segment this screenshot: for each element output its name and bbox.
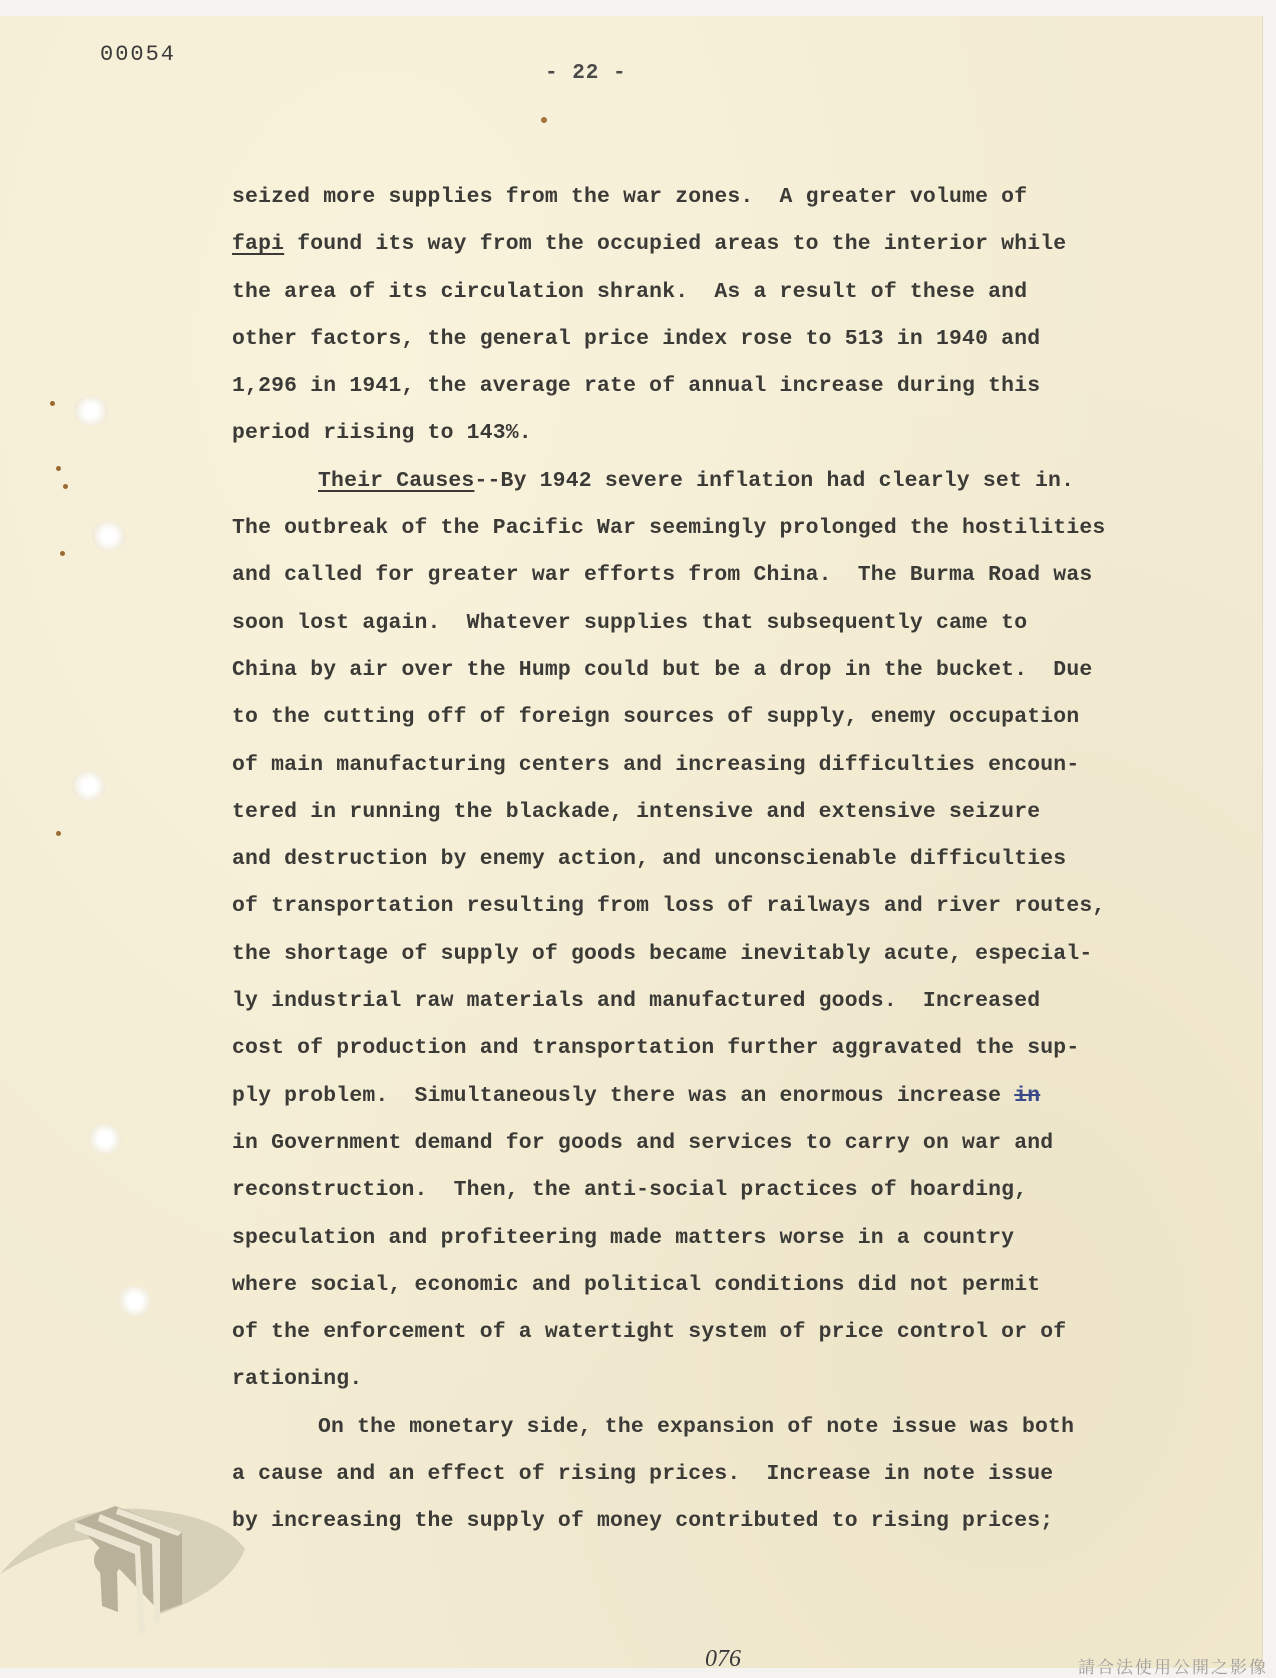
archive-logo-icon: [0, 1494, 250, 1644]
text-line-main: ply problem. Simultaneously there was an…: [232, 1084, 1014, 1108]
text-line: fapi found its way from the occupied are…: [232, 221, 1242, 268]
punch-hole: [74, 396, 108, 426]
text-line: period riising to 143%.: [232, 410, 1242, 457]
text-line: a cause and an effect of rising prices. …: [232, 1451, 1242, 1498]
text-line: tered in running the blackade, intensive…: [232, 789, 1242, 836]
text-line: China by air over the Hump could but be …: [232, 647, 1242, 694]
text-line: of the enforcement of a watertight syste…: [232, 1309, 1242, 1356]
text-line: ply problem. Simultaneously there was an…: [232, 1073, 1242, 1120]
text-line: where social, economic and political con…: [232, 1262, 1242, 1309]
text-line: soon lost again. Whatever supplies that …: [232, 600, 1242, 647]
rust-mark: [56, 466, 61, 471]
punch-hole: [88, 1124, 122, 1154]
text-line: and destruction by enemy action, and unc…: [232, 836, 1242, 883]
handwritten-folio-number: 076: [705, 1646, 741, 1673]
text-line: and called for greater war efforts from …: [232, 552, 1242, 599]
rust-mark: [56, 831, 61, 836]
rust-mark: [63, 484, 68, 489]
text-line: ly industrial raw materials and manufact…: [232, 978, 1242, 1025]
text-line: reconstruction. Then, the anti-social pr…: [232, 1167, 1242, 1214]
text-line: of transportation resulting from loss of…: [232, 883, 1242, 930]
section-heading: Their Causes: [318, 469, 474, 493]
text-line: The outbreak of the Pacific War seemingl…: [232, 505, 1242, 552]
text-line: other factors, the general price index r…: [232, 316, 1242, 363]
text-line: speculation and profiteering made matter…: [232, 1215, 1242, 1262]
text-line: cost of production and transportation fu…: [232, 1025, 1242, 1072]
text-line: seized more supplies from the war zones.…: [232, 174, 1242, 221]
page-number: - 22 -: [545, 62, 627, 85]
underlined-term: fapi: [232, 232, 284, 256]
struck-word: in: [1014, 1084, 1040, 1108]
text-line-rest: found its way from the occupied areas to…: [284, 232, 1066, 256]
punch-hole: [92, 521, 126, 551]
text-line-rest: --By 1942 severe inflation had clearly s…: [474, 469, 1074, 493]
usage-watermark: 請合法使用公開之影像: [1078, 1653, 1268, 1678]
text-line: Their Causes--By 1942 severe inflation h…: [232, 458, 1242, 505]
text-line: On the monetary side, the expansion of n…: [232, 1404, 1242, 1451]
text-line: of main manufacturing centers and increa…: [232, 742, 1242, 789]
rust-mark: [60, 551, 65, 556]
text-line: the shortage of supply of goods became i…: [232, 931, 1242, 978]
ink-stain: [541, 117, 547, 123]
text-line: to the cutting off of foreign sources of…: [232, 694, 1242, 741]
punch-hole: [72, 771, 106, 801]
text-line: in Government demand for goods and servi…: [232, 1120, 1242, 1167]
text-line: 1,296 in 1941, the average rate of annua…: [232, 363, 1242, 410]
typed-body-text: seized more supplies from the war zones.…: [232, 174, 1242, 1546]
archive-serial-number: 00054: [100, 42, 176, 67]
rust-mark: [50, 401, 55, 406]
document-page: 00054 - 22 - seized more supplies from t…: [0, 16, 1262, 1668]
text-line: by increasing the supply of money contri…: [232, 1498, 1242, 1545]
punch-hole: [118, 1286, 152, 1316]
text-line: the area of its circulation shrank. As a…: [232, 269, 1242, 316]
text-line: rationing.: [232, 1356, 1242, 1403]
